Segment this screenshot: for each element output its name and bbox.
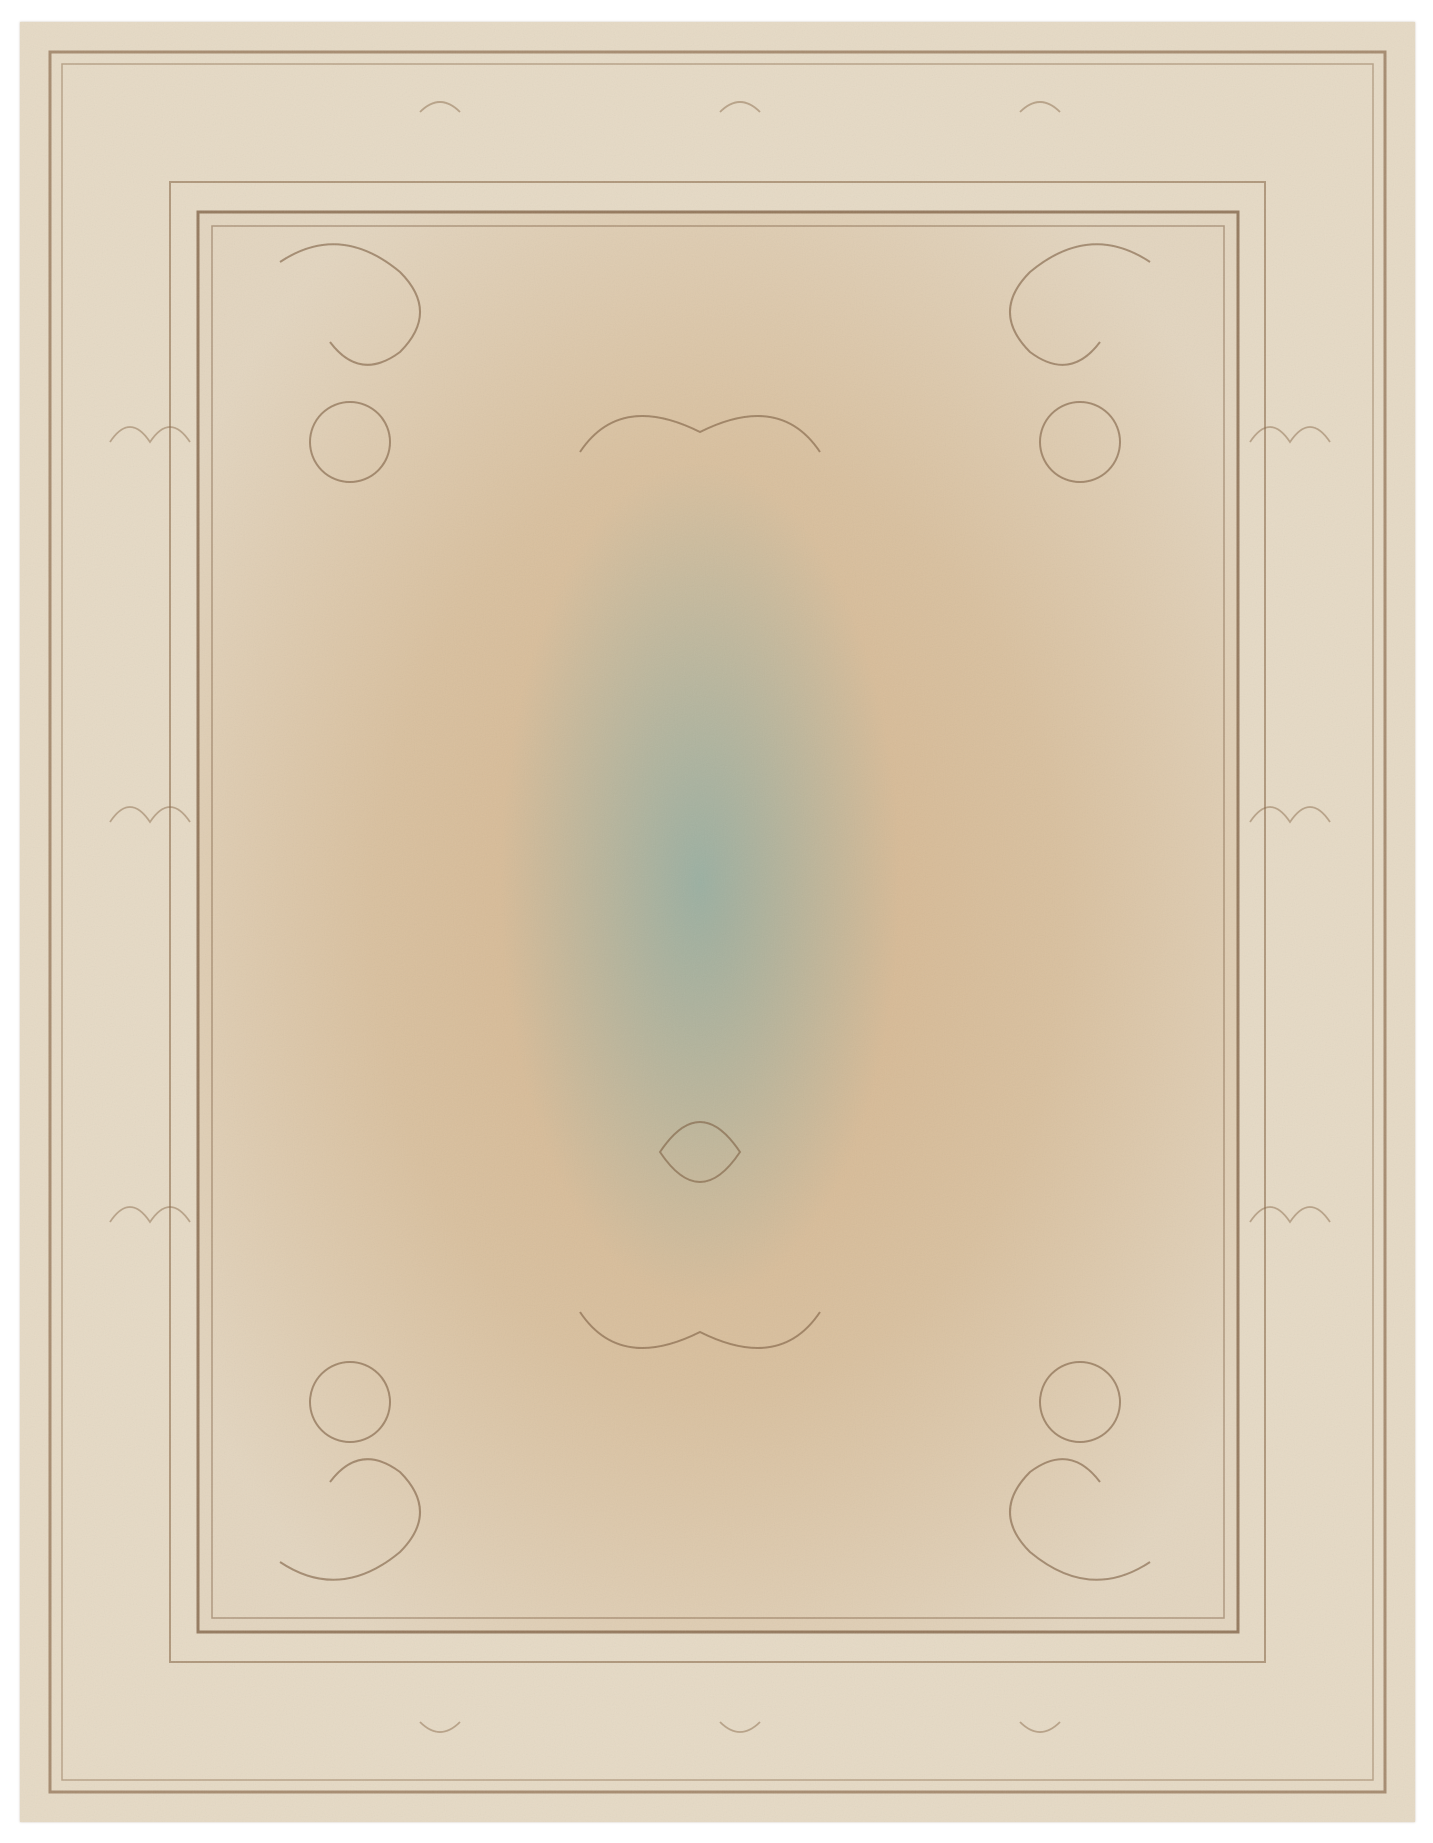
rug-pattern xyxy=(20,22,1415,1822)
rug-photo: Vintage distressed Persian-style area ru… xyxy=(20,22,1415,1822)
